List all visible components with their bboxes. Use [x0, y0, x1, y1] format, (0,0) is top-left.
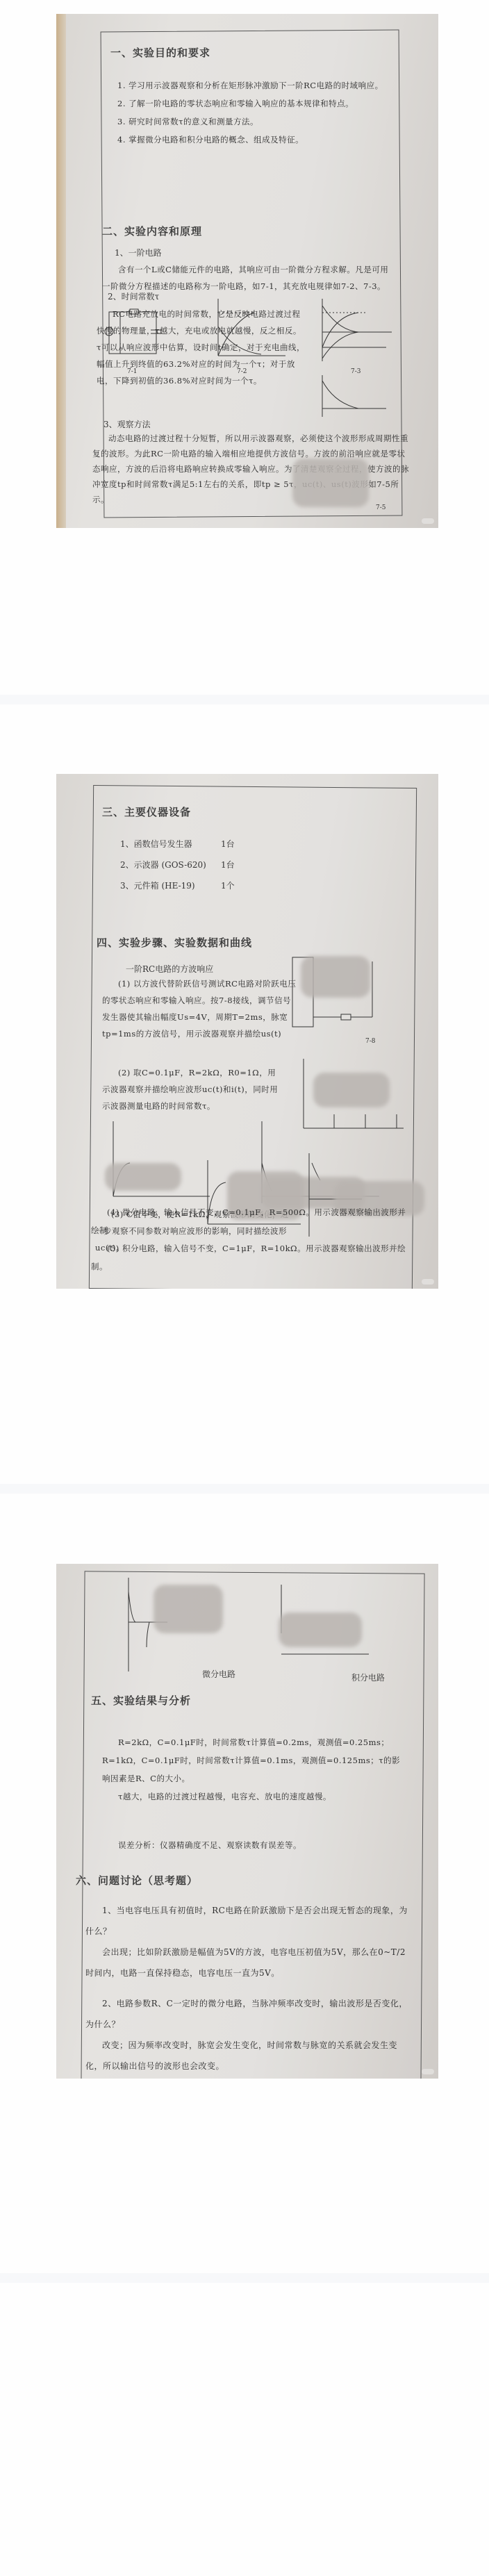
- paragraph: RC电路充放电的时间常数，它是反映电路过渡过程快慢的物理量，τ越大，充电或放电就…: [97, 306, 305, 389]
- equipment-qty: 1个: [221, 880, 235, 891]
- equipment-name: 2、示波器 (GOS-620): [120, 859, 206, 870]
- section-title-objectives: 一、实验目的和要求: [110, 45, 210, 60]
- separator: [0, 1484, 489, 1494]
- question: 1、当电容电压具有初值时，RC电路在阶跃激励下是否会出现无暂态的现象，为什么？: [85, 1900, 412, 1942]
- first-order-text: 含有一个L或C储能元件的电路，其响应可由一阶微分方程求解。凡是可用一阶微分方程描…: [102, 261, 394, 295]
- step-1: (1) 以方波代替阶跃信号测试RC电路对阶跃电压的零状态响应和零输入响应。按7-…: [102, 975, 297, 1042]
- equipment-qty: 1台: [221, 838, 235, 850]
- subsection-heading: 1、一阶电路: [115, 247, 162, 258]
- figure-caption: 积分电路: [351, 1671, 385, 1683]
- redaction-blur: [279, 1612, 362, 1647]
- procedure-subheading: 一阶RC电路的方波响应: [126, 963, 213, 975]
- step-4-text: (4) 微分电路，输入信号不变，C=0.1μF，R=500Ω。用示波器观察输出波…: [91, 1203, 411, 1275]
- paragraph: 误差分析：仪器精确度不足、观察读数有误差等。: [102, 1836, 408, 1854]
- watermark: [422, 2069, 434, 2074]
- section-title-discussion: 六、问题讨论（思考题）: [76, 1873, 198, 1888]
- question: 2、电路参数R、C一定时的微分电路，当脉冲频率改变时，输出波形是否变化，为什么？: [85, 1993, 412, 2035]
- separator: [0, 695, 489, 704]
- paragraph: (4) 微分电路，输入信号不变，C=0.1μF，R=500Ω。用示波器观察输出波…: [91, 1203, 411, 1239]
- watermark: [422, 518, 434, 524]
- equipment-name: 3、元件箱 (HE-19): [120, 880, 195, 891]
- section-title-results: 五、实验结果与分析: [91, 1693, 191, 1708]
- objective-item: 4. 掌握微分电路和积分电路的概念、组成及特征。: [117, 131, 395, 149]
- redaction-blur: [154, 1585, 223, 1633]
- section-title-equipment: 三、主要仪器设备: [102, 804, 191, 819]
- report-photo-page-2-lower: (4) 微分电路，输入信号不变，C=0.1μF，R=500Ω。用示波器观察输出波…: [56, 1042, 438, 1289]
- paragraph: R=2kΩ，C=0.1μF时，时间常数τ计算值=0.2ms，观测值=0.25ms…: [102, 1733, 408, 1787]
- results-text: R=2kΩ，C=0.1μF时，时间常数τ计算值=0.2ms，观测值=0.25ms…: [102, 1733, 408, 1854]
- answer: 会出现；比如阶跃激励是幅值为5V的方波，电容电压初值为5V，那么在0~T/2时间…: [85, 1942, 412, 1983]
- table-edge: [56, 14, 66, 528]
- figure-caption: 微分电路: [202, 1668, 235, 1680]
- watermark: [422, 1279, 434, 1285]
- equipment-qty: 1台: [221, 859, 235, 870]
- discussion-text: 1、当电容电压具有初值时，RC电路在阶跃激励下是否会出现无暂态的现象，为什么？ …: [85, 1900, 412, 2077]
- subsection-heading: 3、观察方法: [103, 418, 151, 430]
- time-constant-text: RC电路充放电的时间常数，它是反映电路过渡过程快慢的物理量，τ越大，充电或放电就…: [97, 306, 305, 389]
- redaction-blur: [292, 459, 369, 507]
- paragraph: (5) 积分电路，输入信号不变，C=1μF，R=10kΩ。用示波器观察输出波形并…: [91, 1239, 411, 1275]
- figure-label: 7-5: [376, 504, 386, 511]
- objective-item: 3. 研究时间常数τ的意义和测量方法。: [117, 113, 395, 131]
- charge-curve-a: [317, 306, 393, 431]
- equipment-name: 1、函数信号发生器: [120, 838, 192, 850]
- section-title-procedure: 四、实验步骤、实验数据和曲线: [97, 935, 252, 950]
- paragraph: 含有一个L或C储能元件的电路，其响应可由一阶微分方程求解。凡是可用一阶微分方程描…: [102, 261, 394, 295]
- report-photo-page-3: 微分电路 积分电路 五、实验结果与分析 R=2kΩ，C=0.1μF时，时间常数τ…: [56, 1564, 438, 2079]
- objectives-list: 1. 学习用示波器观察和分析在矩形脉冲激励下一阶RC电路的时域响应。 2. 了解…: [117, 76, 395, 149]
- objective-item: 1. 学习用示波器观察和分析在矩形脉冲激励下一阶RC电路的时域响应。: [117, 76, 395, 94]
- answer: 改变；因为频率改变时，脉宽会发生变化，时间常数与脉宽的关系就会发生变化，所以输出…: [85, 2035, 412, 2077]
- section-title-principles: 二、实验内容和原理: [102, 224, 202, 238]
- report-photo-page-1: 一、实验目的和要求 1. 学习用示波器观察和分析在矩形脉冲激励下一阶RC电路的时…: [56, 14, 438, 528]
- subsection-heading: 2、时间常数τ: [108, 290, 159, 302]
- objective-item: 2. 了解一阶电路的零状态响应和零输入响应的基本规律和特点。: [117, 94, 395, 113]
- paragraph: (1) 以方波代替阶跃信号测试RC电路对阶跃电压的零状态响应和零输入响应。按7-…: [102, 975, 297, 1042]
- paragraph: τ越大，电路的过渡过程越慢，电容充、放电的速度越慢。: [102, 1787, 408, 1806]
- redaction-blur: [301, 956, 370, 998]
- separator: [0, 2273, 489, 2283]
